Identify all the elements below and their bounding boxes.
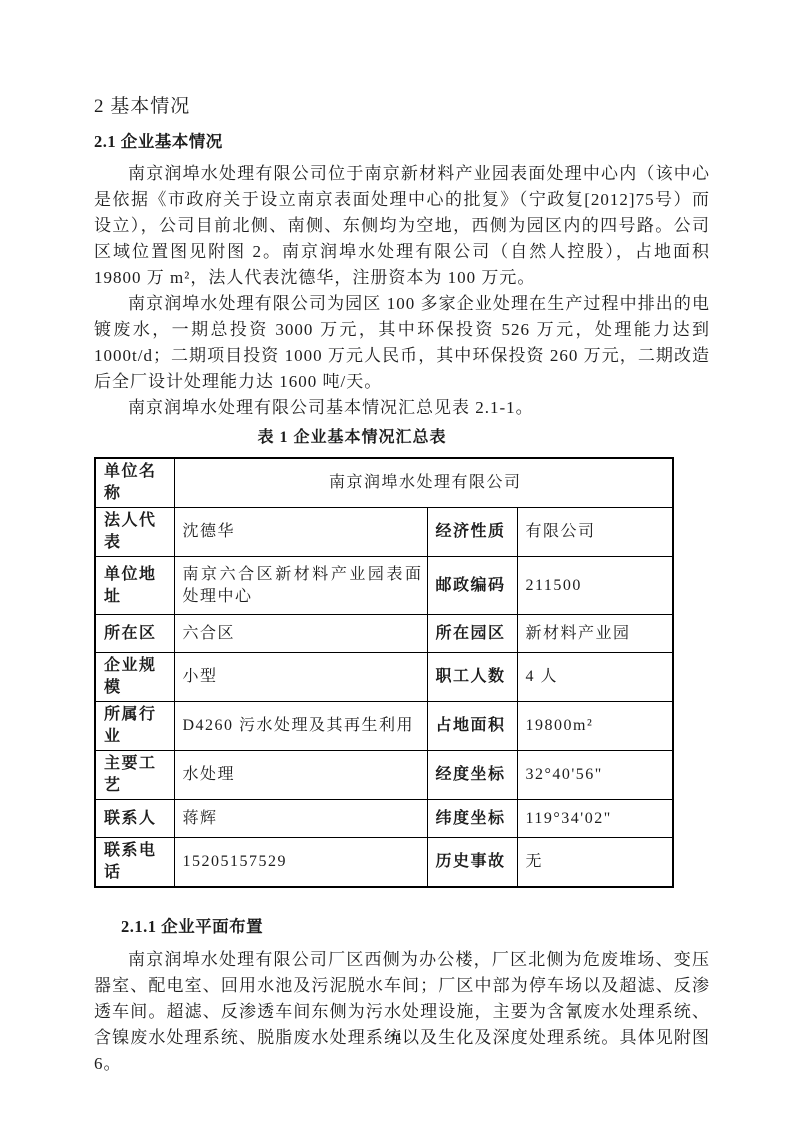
row-value-address: 南京六合区新材料产业园表面处理中心	[174, 557, 427, 615]
paragraph-company-location: 南京润埠水处理有限公司位于南京新材料产业园表面处理中心内（该中心是依据《市政府关…	[94, 161, 710, 291]
paragraph-company-investment: 南京润埠水处理有限公司为园区 100 多家企业处理在生产过程中排出的电镀废水，一…	[94, 291, 710, 395]
row-value-contact: 蒋辉	[174, 800, 427, 838]
row-label-contact: 联系人	[95, 800, 174, 838]
row-label-phone: 联系电话	[95, 838, 174, 888]
table-row-legal-rep: 法人代表 沈德华 经济性质 有限公司	[95, 508, 673, 557]
table-row-address: 单位地址 南京六合区新材料产业园表面处理中心 邮政编码 211500	[95, 557, 673, 615]
row-value-accidents: 无	[517, 838, 673, 888]
row-label-longitude: 经度坐标	[427, 751, 517, 800]
row-value-park: 新材料产业园	[517, 615, 673, 653]
paragraph-table-reference: 南京润埠水处理有限公司基本情况汇总见表 2.1-1。	[94, 395, 710, 421]
row-value-staff-count: 4 人	[517, 653, 673, 702]
table-row-phone: 联系电话 15205157529 历史事故 无	[95, 838, 673, 888]
row-label-industry: 所属行业	[95, 702, 174, 751]
row-value-phone: 15205157529	[174, 838, 427, 888]
row-value-legal-rep: 沈德华	[174, 508, 427, 557]
row-label-accidents: 历史事故	[427, 838, 517, 888]
table-row-scale: 企业规模 小型 职工人数 4 人	[95, 653, 673, 702]
table-row-industry: 所属行业 D4260 污水处理及其再生利用 占地面积 19800m²	[95, 702, 673, 751]
row-label-economic-type: 经济性质	[427, 508, 517, 557]
row-label-area: 占地面积	[427, 702, 517, 751]
row-label-legal-rep: 法人代表	[95, 508, 174, 557]
row-value-district: 六合区	[174, 615, 427, 653]
table-row-district: 所在区 六合区 所在园区 新材料产业园	[95, 615, 673, 653]
row-label-unit-name: 单位名称	[95, 458, 174, 508]
row-value-economic-type: 有限公司	[517, 508, 673, 557]
row-value-industry: D4260 污水处理及其再生利用	[174, 702, 427, 751]
document-page: 2 基本情况 2.1 企业基本情况 南京润埠水处理有限公司位于南京新材料产业园表…	[0, 0, 793, 1122]
table-row-unit-name: 单位名称 南京润埠水处理有限公司	[95, 458, 673, 508]
row-label-postal-code: 邮政编码	[427, 557, 517, 615]
subsection-heading: 2.1.1 企业平面布置	[94, 916, 710, 938]
table-row-process: 主要工艺 水处理 经度坐标 32°40'56"	[95, 751, 673, 800]
row-value-longitude: 32°40'56"	[517, 751, 673, 800]
row-label-latitude: 纬度坐标	[427, 800, 517, 838]
row-label-scale: 企业规模	[95, 653, 174, 702]
section-heading: 2.1 企业基本情况	[94, 131, 710, 152]
row-value-area: 19800m²	[517, 702, 673, 751]
paragraph-plant-layout: 南京润埠水处理有限公司厂区西侧为办公楼，厂区北侧为危废堆场、变压器室、配电室、回…	[94, 947, 710, 1077]
row-value-unit-name: 南京润埠水处理有限公司	[174, 458, 673, 508]
row-label-park: 所在园区	[427, 615, 517, 653]
row-label-address: 单位地址	[95, 557, 174, 615]
row-value-scale: 小型	[174, 653, 427, 702]
table-title: 表 1 企业基本情况汇总表	[44, 428, 660, 448]
row-label-process: 主要工艺	[95, 751, 174, 800]
page-number: 11	[0, 1031, 793, 1043]
row-label-district: 所在区	[95, 615, 174, 653]
chapter-heading: 2 基本情况	[94, 96, 710, 118]
row-value-postal-code: 211500	[517, 557, 673, 615]
table-row-contact: 联系人 蒋辉 纬度坐标 119°34'02"	[95, 800, 673, 838]
page-content: 2 基本情况 2.1 企业基本情况 南京润埠水处理有限公司位于南京新材料产业园表…	[94, 96, 710, 1077]
company-info-table: 单位名称 南京润埠水处理有限公司 法人代表 沈德华 经济性质 有限公司 单位地址…	[94, 457, 674, 888]
row-value-process: 水处理	[174, 751, 427, 800]
row-label-staff-count: 职工人数	[427, 653, 517, 702]
row-value-latitude: 119°34'02"	[517, 800, 673, 838]
